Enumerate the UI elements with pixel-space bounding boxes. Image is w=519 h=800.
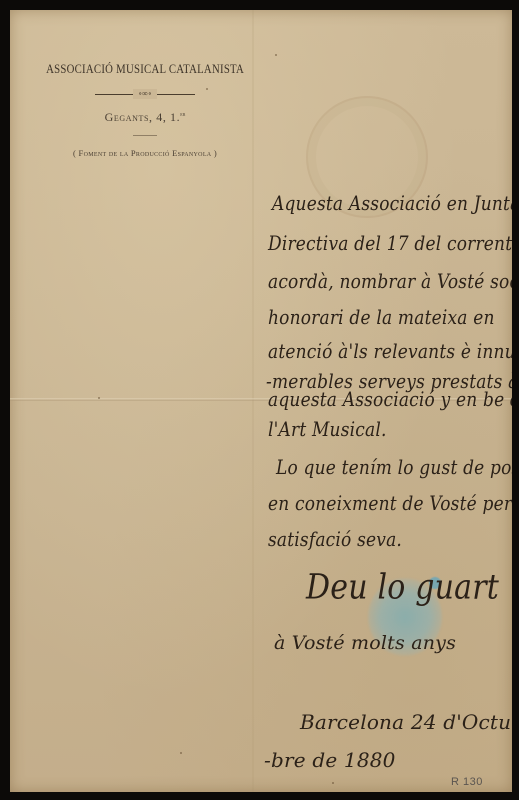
letter-line: aquesta Associació y en be de (268, 389, 512, 412)
letter-line: atenció à'ls relevants è innu- (268, 341, 512, 364)
letter-line: Directiva del 17 del corrent (268, 233, 512, 256)
archive-reference-number: R 130 (451, 776, 483, 788)
letterhead: ASSOCIACIÓ MUSICAL CATALANISTA ∘∞∘ Gegan… (30, 62, 260, 158)
paper-speck (180, 752, 182, 754)
letterhead-address: Gegants, 4, 1.er (30, 110, 260, 125)
letter-line: Lo que tením lo gust de posar (276, 457, 512, 480)
decorative-rule: ∘∞∘ (95, 92, 195, 98)
letter-line: acordà, nombrar à Vosté soci (268, 271, 512, 294)
date-line-year: -bre de 1880 (264, 748, 396, 772)
letter-line: honorari de la mateixa en (268, 307, 495, 330)
paper-speck (275, 54, 277, 56)
letter-line: en coneixment de Vosté pera (268, 493, 512, 516)
letter-line: Aquesta Associació en Junta (272, 193, 512, 216)
letter-line: satisfació seva. (268, 529, 402, 552)
letter-paper: ASSOCIACIÓ MUSICAL CATALANISTA ∘∞∘ Gegan… (10, 10, 512, 792)
paper-speck (98, 397, 100, 399)
letterhead-motto: ( Foment de la Producció Espanyola ) (30, 148, 260, 158)
organization-name: ASSOCIACIÓ MUSICAL CATALANISTA (46, 62, 244, 77)
paper-speck (332, 782, 334, 784)
ornament-flourish-icon: ∘∞∘ (133, 89, 157, 99)
closing-salutation: Deu lo guart (306, 567, 499, 607)
letter-line: l'Art Musical. (268, 419, 387, 442)
short-divider (133, 135, 157, 136)
closing-blessing: à Vosté molts anys (274, 632, 456, 654)
date-line-place: Barcelona 24 d'Octu- (300, 710, 512, 734)
